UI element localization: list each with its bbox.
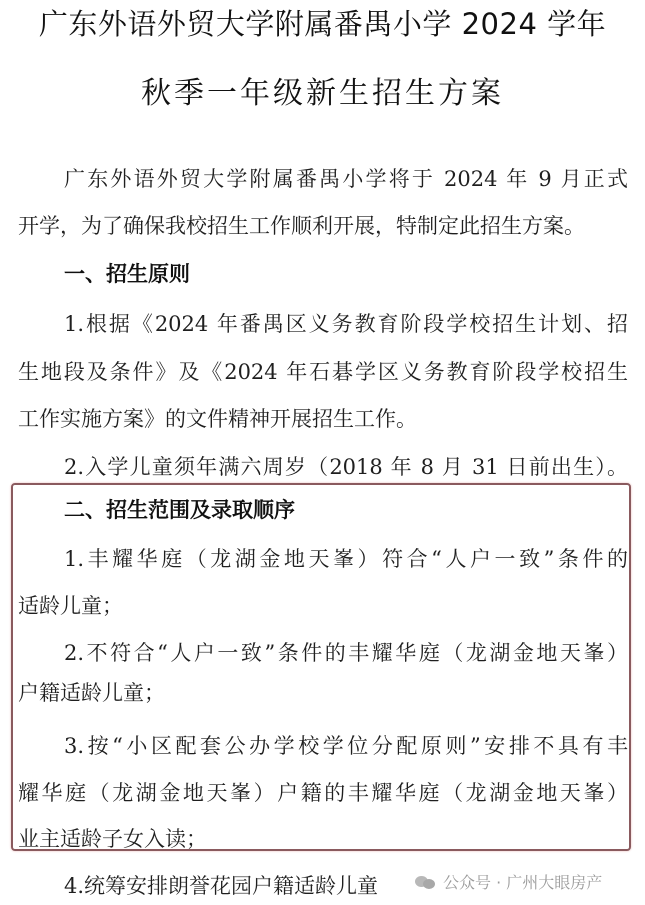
intro-line-2: 开学，为了确保我校招生工作顺利开展，特制定此招生方案。 <box>18 210 628 240</box>
section-2-item-3-line-3: 业主适龄子女入读； <box>18 823 628 853</box>
section-2-heading: 二、招生范围及录取顺序 <box>64 494 295 524</box>
section-2-item-2-line-1: 2.不符合“人户一致”条件的丰耀华庭（龙湖金地天峯） <box>64 637 628 667</box>
section-2-item-4-line-1: 4.统筹安排朗誉花园户籍适龄儿童 <box>64 870 378 900</box>
section-1-item-1-line-2: 生地段及条件》及《2024 年石碁学区义务教育阶段学校招生 <box>18 356 628 386</box>
section-1-item-2-line-1: 2.入学儿童须年满六周岁（2018 年 8 月 31 日前出生）。 <box>64 451 628 481</box>
section-2-item-2-line-2: 户籍适龄儿童； <box>18 677 628 707</box>
section-2-item-3-line-1: 3.按“小区配套公办学校学位分配原则”安排不具有丰 <box>64 730 628 760</box>
section-1-item-1-line-1: 1.根据《2024 年番禺区义务教育阶段学校招生计划、招 <box>64 308 628 338</box>
document-title-line-2: 秋季一年级新生招生方案 <box>0 68 645 112</box>
intro-line-1: 广东外语外贸大学附属番禺小学将于 2024 年 9 月正式 <box>64 163 628 193</box>
section-1-heading: 一、招生原则 <box>64 258 190 288</box>
watermark: 公众号 · 广州大眼房产 <box>415 870 602 893</box>
wechat-icon <box>415 874 437 890</box>
section-2-item-1-line-2: 适龄儿童； <box>18 590 628 620</box>
watermark-text: 公众号 · 广州大眼房产 <box>443 870 602 893</box>
section-1-item-1-line-3: 工作实施方案》的文件精神开展招生工作。 <box>18 403 628 433</box>
section-2-item-1-line-1: 1.丰耀华庭（龙湖金地天峯）符合“人户一致”条件的 <box>64 543 628 573</box>
document-title-line-1: 广东外语外贸大学附属番禺小学 2024 学年 <box>0 2 645 43</box>
section-2-item-3-line-2: 耀华庭（龙湖金地天峯）户籍的丰耀华庭（龙湖金地天峯） <box>18 777 628 807</box>
